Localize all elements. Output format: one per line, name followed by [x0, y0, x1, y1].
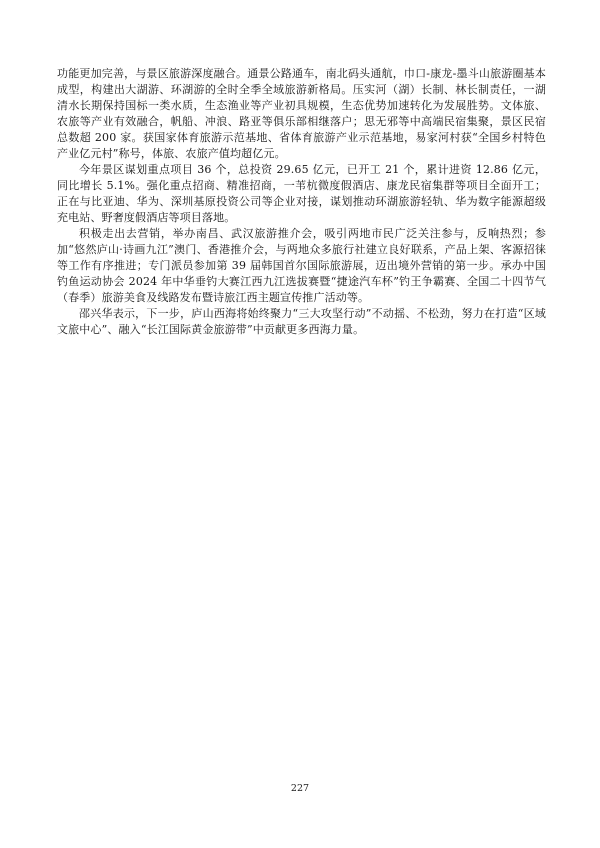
- paragraph-3: 积极走出去营销，举办南昌、武汉旅游推介会，吸引两地市民广泛关注参与，反响热烈；参…: [57, 226, 546, 306]
- paragraph-4: 邵兴华表示，下一步，庐山西海将始终聚力“三大攻坚行动”不动摇、不松劲，努力在打造…: [57, 306, 546, 338]
- paragraph-1: 功能更加完善，与景区旅游深度融合。通景公路通车，南北码头通航，巾口-康龙-墨斗山…: [57, 66, 546, 162]
- page-number: 227: [0, 783, 600, 795]
- paragraph-2: 今年景区谋划重点项目 36 个，总投资 29.65 亿元，已开工 21 个，累计…: [57, 162, 546, 226]
- document-page: 功能更加完善，与景区旅游深度融合。通景公路通车，南北码头通航，巾口-康龙-墨斗山…: [0, 0, 600, 848]
- document-body: 功能更加完善，与景区旅游深度融合。通景公路通车，南北码头通航，巾口-康龙-墨斗山…: [57, 66, 546, 338]
